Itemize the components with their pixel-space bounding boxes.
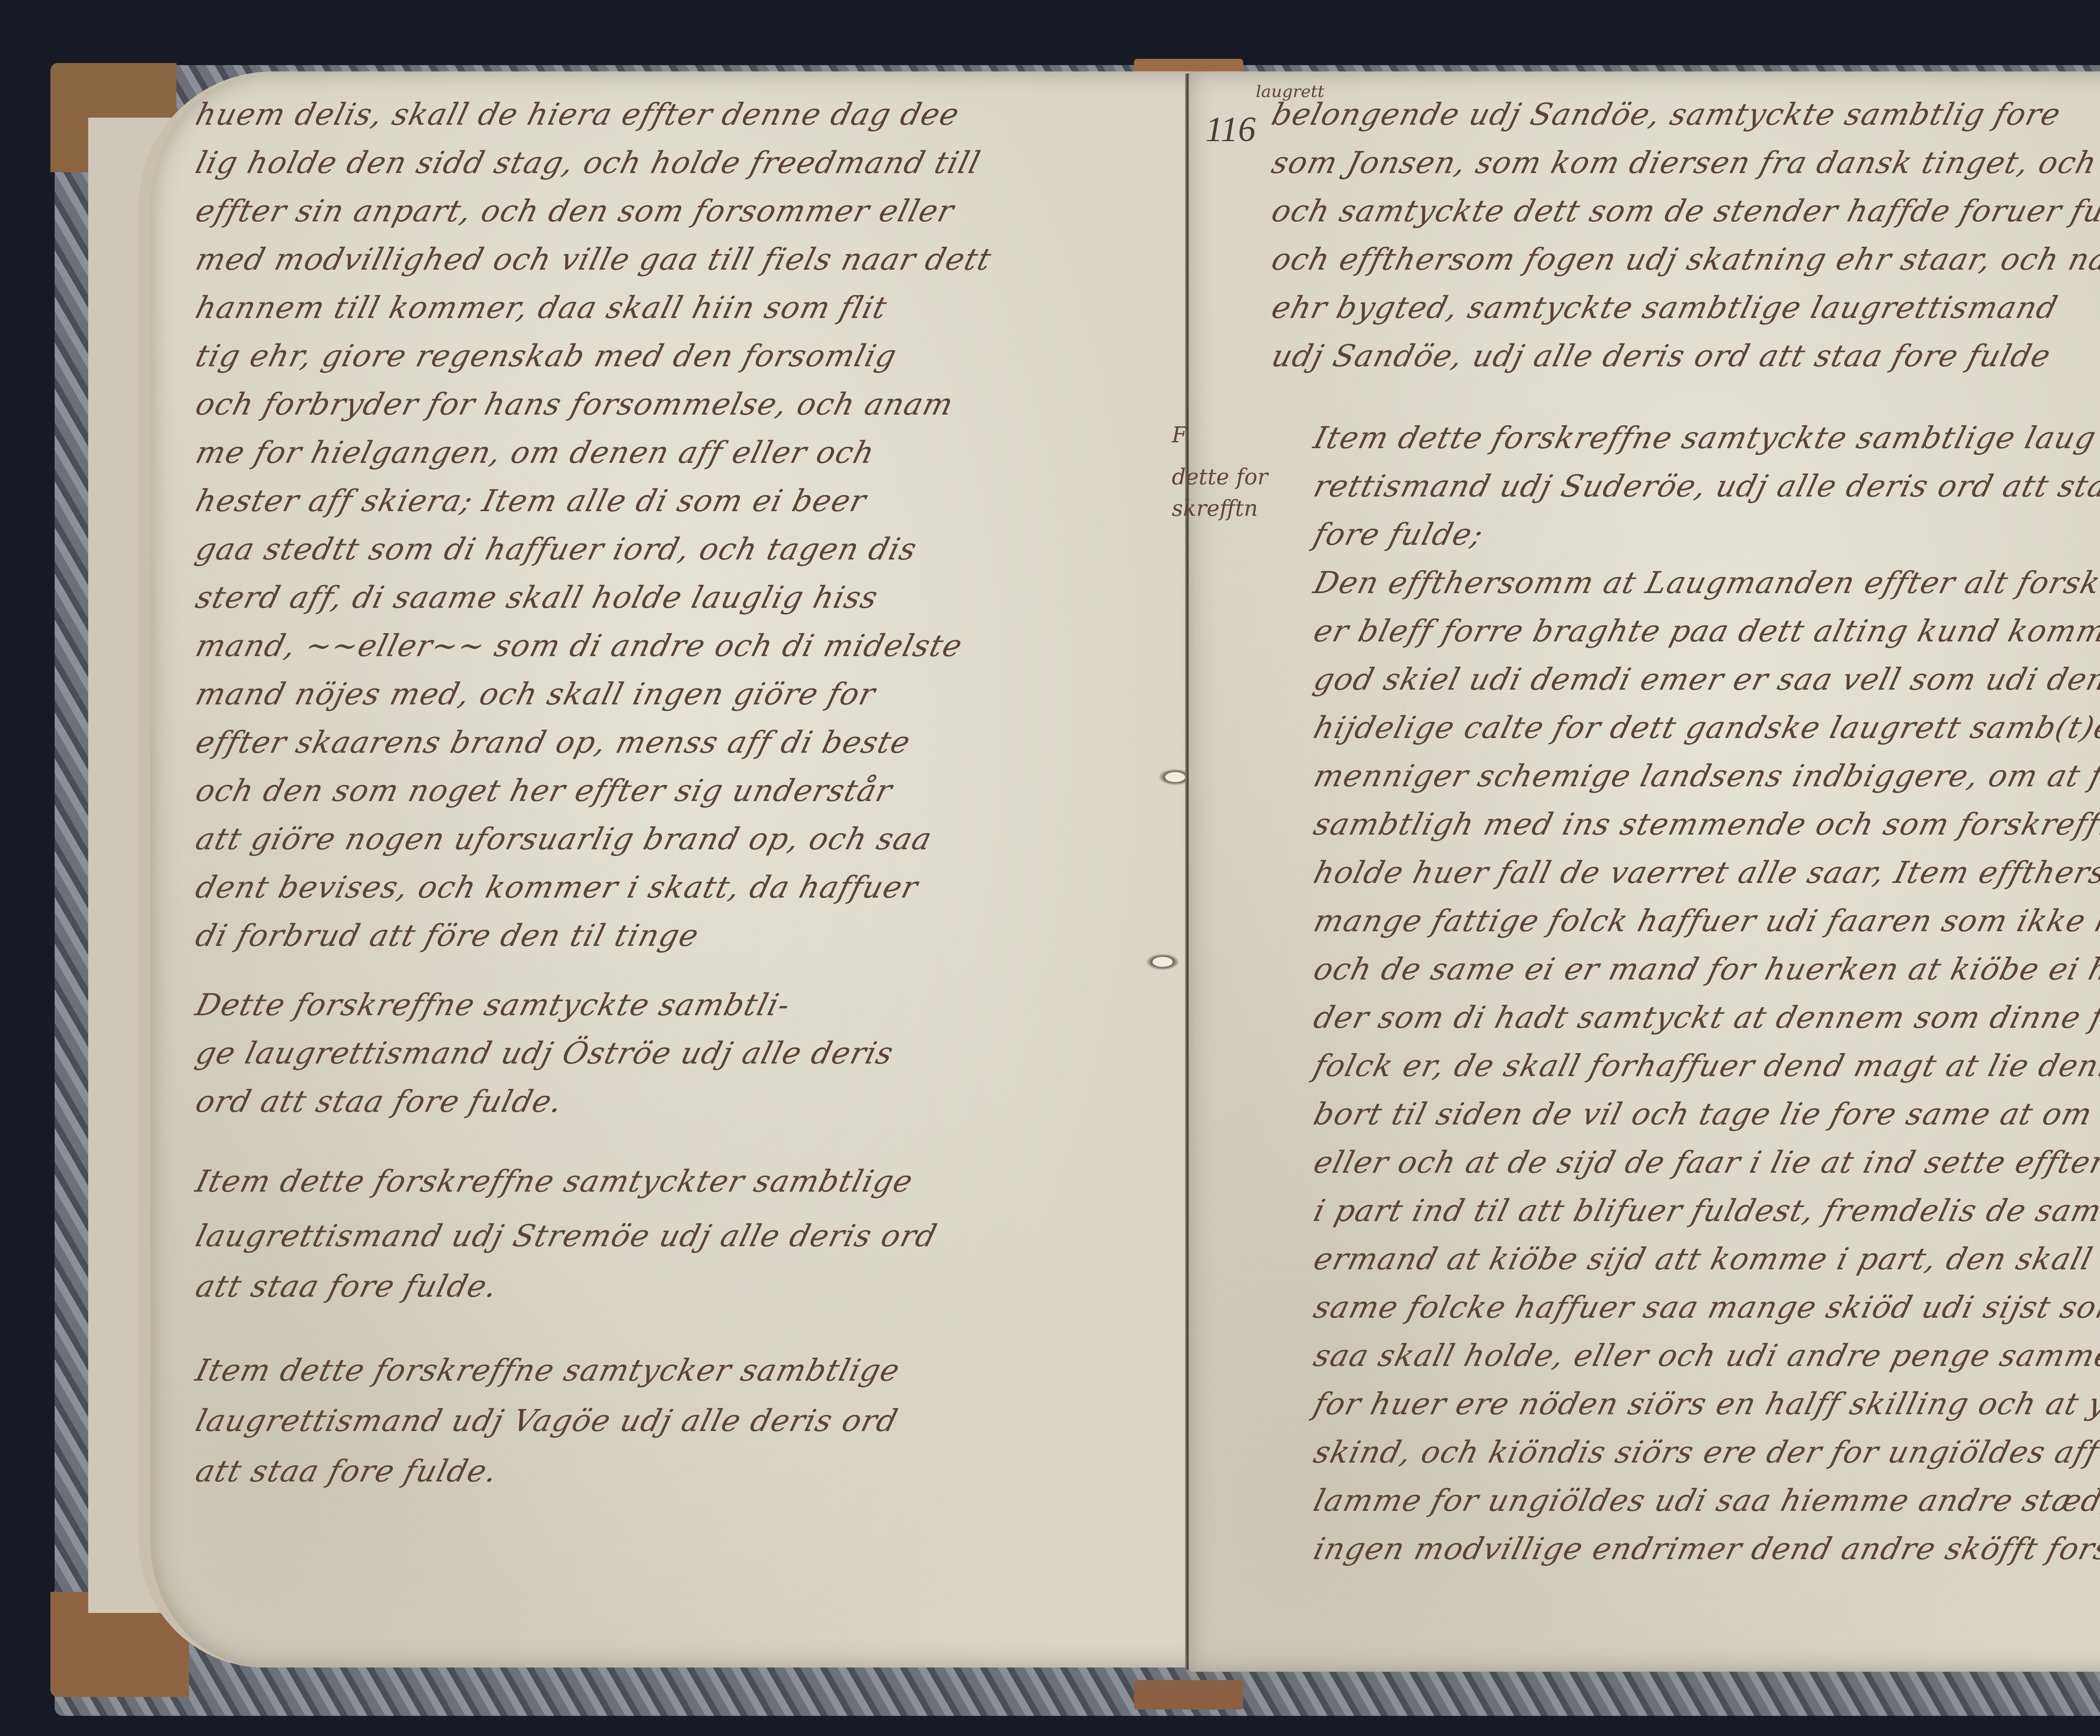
text-line: gaa stedtt som di haffuer iord, och tage… xyxy=(192,531,921,567)
text-line: er bleff forre braghte paa dett alting k… xyxy=(1310,613,2100,649)
text-line: saa skall holde, eller och udi andre pen… xyxy=(1310,1338,2100,1373)
text-line: huem delis, skall de hiera effter denne … xyxy=(192,97,963,132)
text-line: folck er, de skall forhaffuer dend magt … xyxy=(1310,1048,2100,1083)
text-line: belongende udj Sandöe, samtyckte sambtli… xyxy=(1268,97,2065,132)
text-line: ingen modvillige endrimer dend andre skö… xyxy=(1310,1531,2100,1566)
text-line: mand, ~~eller~~ som di andre och di mide… xyxy=(192,628,966,663)
text-line: och forbryder for hans forsommelse, och … xyxy=(192,386,958,422)
text-line: eller och at de sijd de faar i lie at in… xyxy=(1310,1145,2100,1180)
text-line: sterd aff, di saame skall holde lauglig … xyxy=(192,580,882,615)
text-line: mand nöjes med, och skall ingen giöre fo… xyxy=(192,676,879,712)
text-line: udj Sandöe, udj alle deris ord att staa … xyxy=(1268,338,2055,373)
text-line: som Jonsen, som kom diersen fra dansk ti… xyxy=(1268,145,2100,180)
left-page: huem delis, skall de hiera effter denne … xyxy=(139,71,1209,1668)
text-line: i part ind til att blifuer fuldest, frem… xyxy=(1310,1193,2100,1228)
text-line: der som di hadt samtyckt at dennem som d… xyxy=(1310,1000,2100,1035)
text-line: lamme for ungiöldes udi saa hiemme andre… xyxy=(1310,1483,2100,1518)
text-line: ehr bygted, samtyckte sambtlige laugrett… xyxy=(1268,290,2062,325)
leather-spine-bottom xyxy=(1134,1680,1243,1710)
text-line: hijdelige calte for dett gandske laugret… xyxy=(1310,710,2100,745)
text-line: me for hielgangen, om denen aff eller oc… xyxy=(192,435,879,470)
text-line: laugrettismand udj Vagöe udj alle deris … xyxy=(192,1403,902,1438)
text-line: lig holde den sidd stag, och holde freed… xyxy=(192,145,984,180)
paper-tear xyxy=(1146,953,1179,970)
text-line: ge laugrettismand udj Öströe udj alle de… xyxy=(192,1035,898,1071)
text-line: och de same ei er mand for huerken at ki… xyxy=(1310,951,2100,987)
text-line: Dette forskreffne samtyckte sambtli- xyxy=(192,987,795,1022)
text-line: skind, och kiöndis siörs ere der for ung… xyxy=(1310,1434,2100,1470)
text-line: att giöre nogen uforsuarlig brand op, oc… xyxy=(192,821,936,856)
text-line: effter skaarens brand op, menss aff di b… xyxy=(192,725,915,760)
text-line: och den som noget her effter sig underst… xyxy=(192,773,897,808)
text-line: for huer ere nöden siörs en halff skilli… xyxy=(1310,1386,2100,1421)
text-line: ermand at kiöbe sijd att komme i part, d… xyxy=(1310,1241,2100,1276)
text-line: menniger schemige landsens indbiggere, o… xyxy=(1310,758,2100,793)
text-line: fore fulde; xyxy=(1310,517,1488,552)
text-line: att staa fore fulde. xyxy=(192,1269,502,1304)
text-line: rettismand udj Suderöe, udj alle deris o… xyxy=(1310,468,2100,504)
text-line: hester aff skiera; Item alle di som ei b… xyxy=(192,483,871,518)
text-line: ord att staa fore fulde. xyxy=(192,1084,567,1119)
text-line: mange fattige folck haffuer udi faaren s… xyxy=(1310,903,2100,938)
text-line: Den effthersomm at Laugmanden effter alt… xyxy=(1310,565,2100,600)
text-line: med modvillighed och ville gaa till fiel… xyxy=(192,242,996,277)
text-line: god skiel udi demdi emer er saa vell som… xyxy=(1310,662,2100,697)
right-page: 116 laugrett F dette for skrefftn belong… xyxy=(1189,71,2100,1672)
text-line: holde huer fall de vaerret alle saar, It… xyxy=(1310,855,2100,890)
text-line: sambtligh med ins stemmende och som fors… xyxy=(1310,806,2100,842)
text-line: bort til siden de vil och tage lie fore … xyxy=(1310,1096,2100,1132)
text-line: och samtyckte dett som de stender haffde… xyxy=(1268,193,2100,228)
margin-marker: F xyxy=(1172,420,1187,451)
text-line: di forbrud att före den til tinge xyxy=(192,918,703,953)
text-line: laugrettismand udj Stremöe udj alle deri… xyxy=(192,1218,941,1253)
text-line: Item dette forskreffne samtycker sambtli… xyxy=(192,1353,904,1388)
text-line: tig ehr, giore regenskab med den forsoml… xyxy=(192,338,901,373)
left-page-text: huem delis, skall de hiera effter denne … xyxy=(150,71,1209,1668)
text-line: Item dette forskreffne samtyckter sambtl… xyxy=(192,1163,917,1199)
text-line: Item dette forskreffne samtyckte sambtli… xyxy=(1310,420,2100,455)
text-line: och effthersom fogen udj skatning ehr st… xyxy=(1268,242,2100,277)
text-line: dent bevises, och kommer i skatt, da haf… xyxy=(192,869,922,905)
text-line: att staa fore fulde. xyxy=(192,1453,502,1489)
right-page-text: belongende udj Sandöe, samtyckte sambtli… xyxy=(1189,71,2100,1672)
text-line: same folcke haffuer saa mange skiöd udi … xyxy=(1310,1290,2100,1325)
text-line: effter sin anpart, och den som forsommer… xyxy=(192,193,958,228)
text-line: hannem till kommer, daa skall hiin som f… xyxy=(192,290,891,325)
